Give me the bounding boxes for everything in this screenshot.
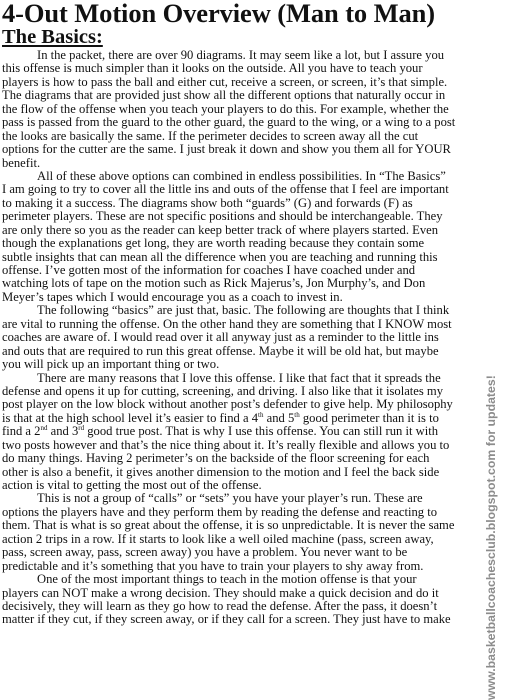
text-line: action 2 trips in a row. If it starts to… <box>2 533 427 546</box>
document-title: 4-Out Motion Overview (Man to Man) <box>2 0 427 26</box>
text-line: and outs that are required to run this g… <box>2 345 427 358</box>
text-line: are vital to running the offense. On the… <box>2 318 427 331</box>
text-line: decisively, they will learn as they go h… <box>2 600 427 613</box>
text-run: is that at the high school level it’s ea… <box>2 411 258 425</box>
text-line: pass is passed from the guard to the oth… <box>2 116 427 129</box>
body-text: In the packet, there are over 90 diagram… <box>2 49 427 627</box>
text-line: I am going to try to cover all the littl… <box>2 183 427 196</box>
text-line: The following “basics” are just that, ba… <box>2 304 427 317</box>
text-line: this offense is much simpler than it loo… <box>2 62 427 75</box>
text-line: subtle insights that can mean all the di… <box>2 251 427 264</box>
text-line: post player on the low block without ano… <box>2 398 427 411</box>
text-line: them. That is what is so great about the… <box>2 519 427 532</box>
text-line: pass, screen away, pass, screen away) yo… <box>2 546 427 559</box>
text-line: One of the most important things to teac… <box>2 573 427 586</box>
text-line: players is how to pass the ball and eith… <box>2 76 427 89</box>
text-line: though the explanations get long, they a… <box>2 237 427 250</box>
text-run: good perimeter than it is to <box>300 411 439 425</box>
text-line: Meyer’s tapes which I would encourage yo… <box>2 291 427 304</box>
text-run: find a 2 <box>2 424 40 438</box>
text-line: two posts however and that’s the nice th… <box>2 439 427 452</box>
text-run: and 5 <box>263 411 294 425</box>
text-line: you will pick up an important thing or t… <box>2 358 427 371</box>
text-line: benefit. <box>2 157 427 170</box>
text-line: coaches are aware of. I would read over … <box>2 331 427 344</box>
text-line: watching lots of tape on the motion such… <box>2 277 427 290</box>
text-line: other is also a benefit, it gives anothe… <box>2 466 427 479</box>
text-line: The diagrams that are provided just show… <box>2 89 427 102</box>
text-line: find a 2nd and 3rd good true post. That … <box>2 425 427 438</box>
text-line: predictable and it’s something that you … <box>2 560 427 573</box>
text-line: perimeter players. These are not specifi… <box>2 210 427 223</box>
text-line: do many things. Having 2 perimeter’s on … <box>2 452 427 465</box>
text-line: options the players have and they perfor… <box>2 506 427 519</box>
text-line: players can NOT make a wrong decision. T… <box>2 587 427 600</box>
text-line: matter if they cut, if they screen away,… <box>2 613 427 626</box>
text-run: and 3 <box>47 424 78 438</box>
text-line: options for the cutter are the same. I j… <box>2 143 427 156</box>
text-line: to making it a success. The diagrams sho… <box>2 197 427 210</box>
text-run: good true post. That is why I use this o… <box>84 424 438 438</box>
vertical-watermark: www.basketballcoachesclub.blogspot.com f… <box>484 375 499 700</box>
text-line: All of these above options can combined … <box>2 170 427 183</box>
text-line: This is not a group of “calls” or “sets”… <box>2 492 427 505</box>
text-line: is that at the high school level it’s ea… <box>2 412 427 425</box>
text-line: the flow of the offense when you teach y… <box>2 103 427 116</box>
text-line: are only there so you as the reader can … <box>2 224 427 237</box>
section-heading: The Basics: <box>2 26 427 48</box>
text-line: offense. I’ve gotten most of the informa… <box>2 264 427 277</box>
text-line: There are many reasons that I love this … <box>2 372 427 385</box>
text-line: action is vital to getting the most out … <box>2 479 427 492</box>
text-line: the looks are basically the same. If the… <box>2 130 427 143</box>
text-line: defense and opens it up for cutting, scr… <box>2 385 427 398</box>
document-page: 4-Out Motion Overview (Man to Man) The B… <box>2 0 427 627</box>
text-line: In the packet, there are over 90 diagram… <box>2 49 427 62</box>
